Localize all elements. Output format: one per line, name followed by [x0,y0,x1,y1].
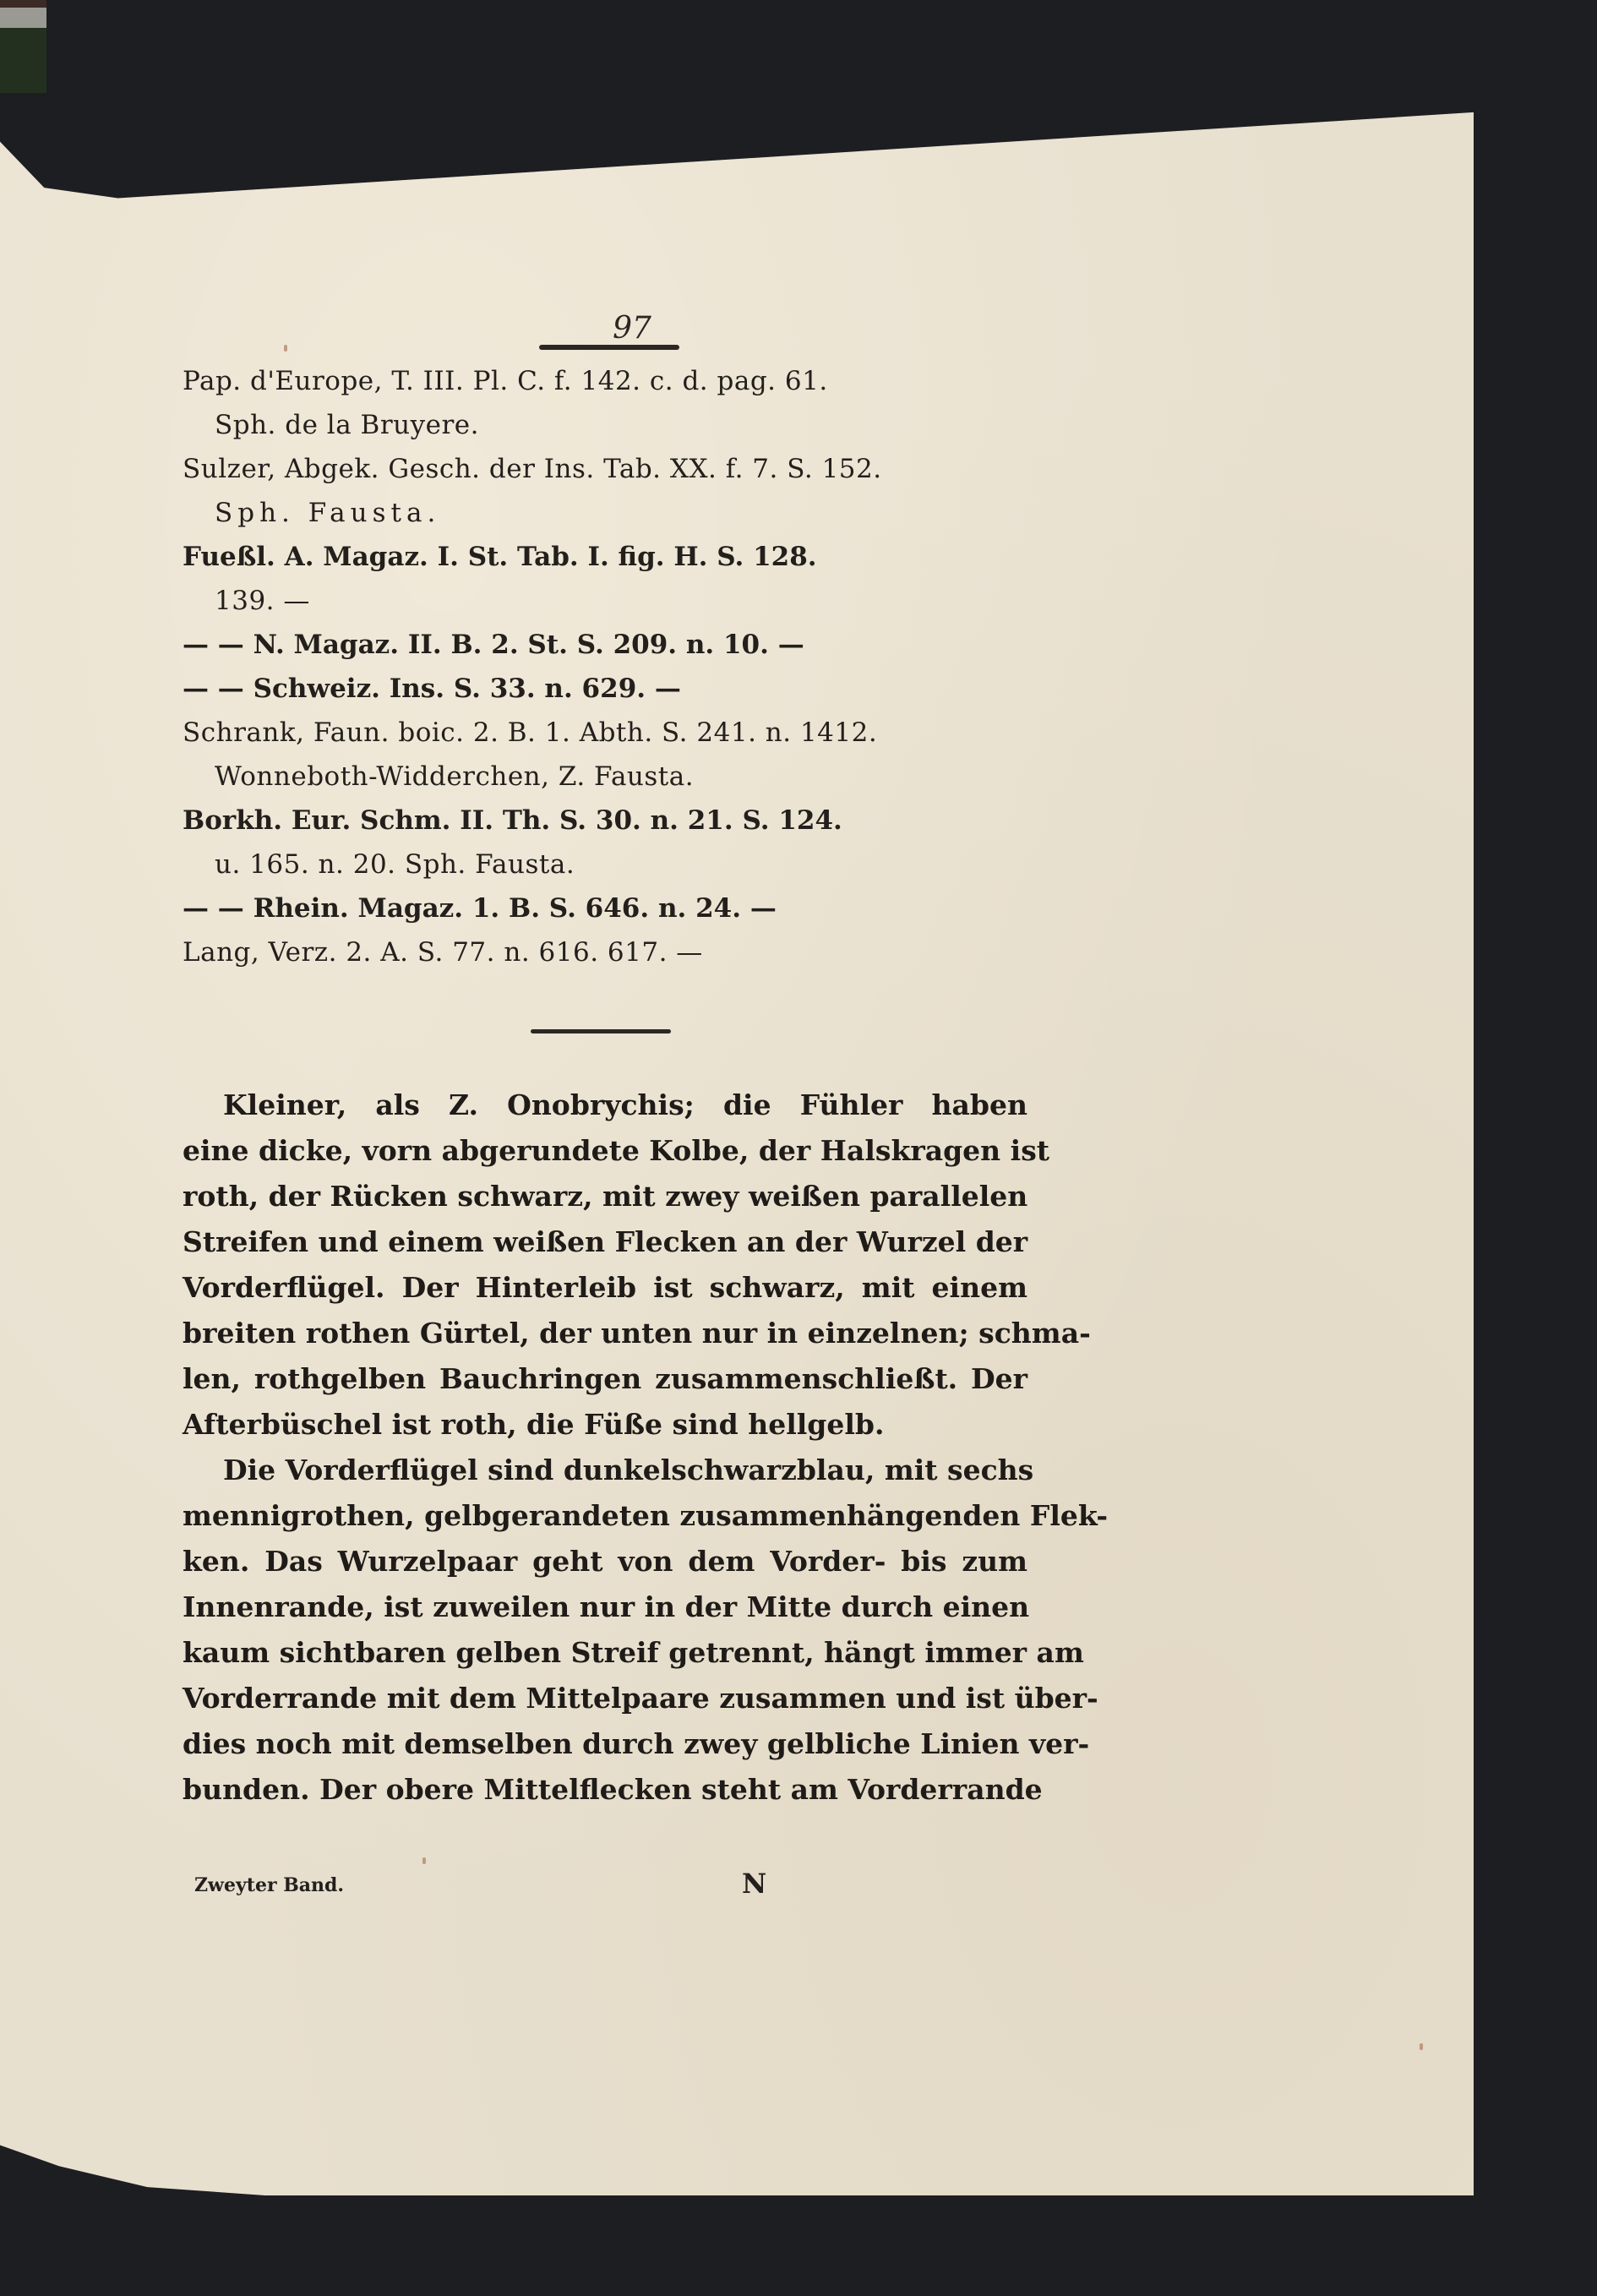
text-line: Innenrande, ist zuweilen nur in der Mitt… [183,1590,1027,1623]
reference-line: Fueßl. A. Magaz. I. St. Tab. I. fig. H. … [183,542,817,572]
text-line: breiten rothen Gürtel, der unten nur in … [183,1317,1027,1350]
text-line: Kleiner, als Z. Onobrychis; die Fühler h… [183,1088,1027,1121]
text-line: ken. Das Wurzelpaar geht von dem Vorder-… [183,1545,1027,1578]
reference-line: u. 165. n. 20. Sph. Fausta. [183,849,575,880]
signature-mark: N [742,1868,766,1900]
text-line: len, rothgelben Bauchringen zusammenschl… [183,1362,1027,1395]
text-line: Afterbüschel ist roth, die Füße sind hel… [183,1408,1027,1441]
text-line: bunden. Der obere Mittelflecken steht am… [183,1773,1027,1806]
reference-line: Sph. de la Bruyere. [183,410,479,440]
book-page: 97 Pap. d'Europe, T. III. Pl. C. f. 142.… [0,100,1474,2195]
paper-speck [284,345,287,352]
paper-speck [118,150,122,157]
reference-line: Sph. Fausta. [183,498,440,528]
text-line: mennigrothen, gelbgerandeten zusammenhän… [183,1499,1027,1532]
text-line: kaum sichtbaren gelben Streif getrennt, … [183,1636,1027,1669]
page-number-rule [539,345,679,350]
reference-line: — — Rhein. Magaz. 1. B. S. 646. n. 24. — [183,893,777,924]
text-line: roth, der Rücken schwarz, mit zwey weiße… [183,1180,1027,1213]
text-line: dies noch mit demselben durch zwey gelbl… [183,1727,1027,1760]
reference-line: Lang, Verz. 2. A. S. 77. n. 616. 617. — [183,937,703,968]
section-divider [531,1029,671,1033]
reference-line: Sulzer, Abgek. Gesch. der Ins. Tab. XX. … [183,454,882,484]
paper-speck [422,1857,426,1864]
text-line: Die Vorderflügel sind dunkelschwarzblau,… [183,1453,1027,1486]
reference-line: Schrank, Faun. boic. 2. B. 1. Abth. S. 2… [183,717,877,748]
reference-line: — — Schweiz. Ins. S. 33. n. 629. — [183,674,681,704]
page-number: 97 [581,311,683,346]
reference-line: Pap. d'Europe, T. III. Pl. C. f. 142. c.… [183,366,828,396]
signature-text: Zweyter Band. [194,1874,344,1896]
reference-line: Wonneboth-Widderchen, Z. Fausta. [183,761,694,792]
background-strip [0,0,46,93]
text-line: Vorderrande mit dem Mittelpaare zusammen… [183,1682,1027,1715]
text-line: eine dicke, vorn abgerundete Kolbe, der … [183,1134,1027,1167]
reference-line: Borkh. Eur. Schm. II. Th. S. 30. n. 21. … [183,805,842,836]
reference-line: — — N. Magaz. II. B. 2. St. S. 209. n. 1… [183,630,804,660]
text-line: Vorderflügel. Der Hinterleib ist schwarz… [183,1271,1027,1304]
paper-speck [1420,2043,1423,2050]
reference-line: 139. — [183,586,310,616]
text-line: Streifen und einem weißen Flecken an der… [183,1225,1027,1258]
